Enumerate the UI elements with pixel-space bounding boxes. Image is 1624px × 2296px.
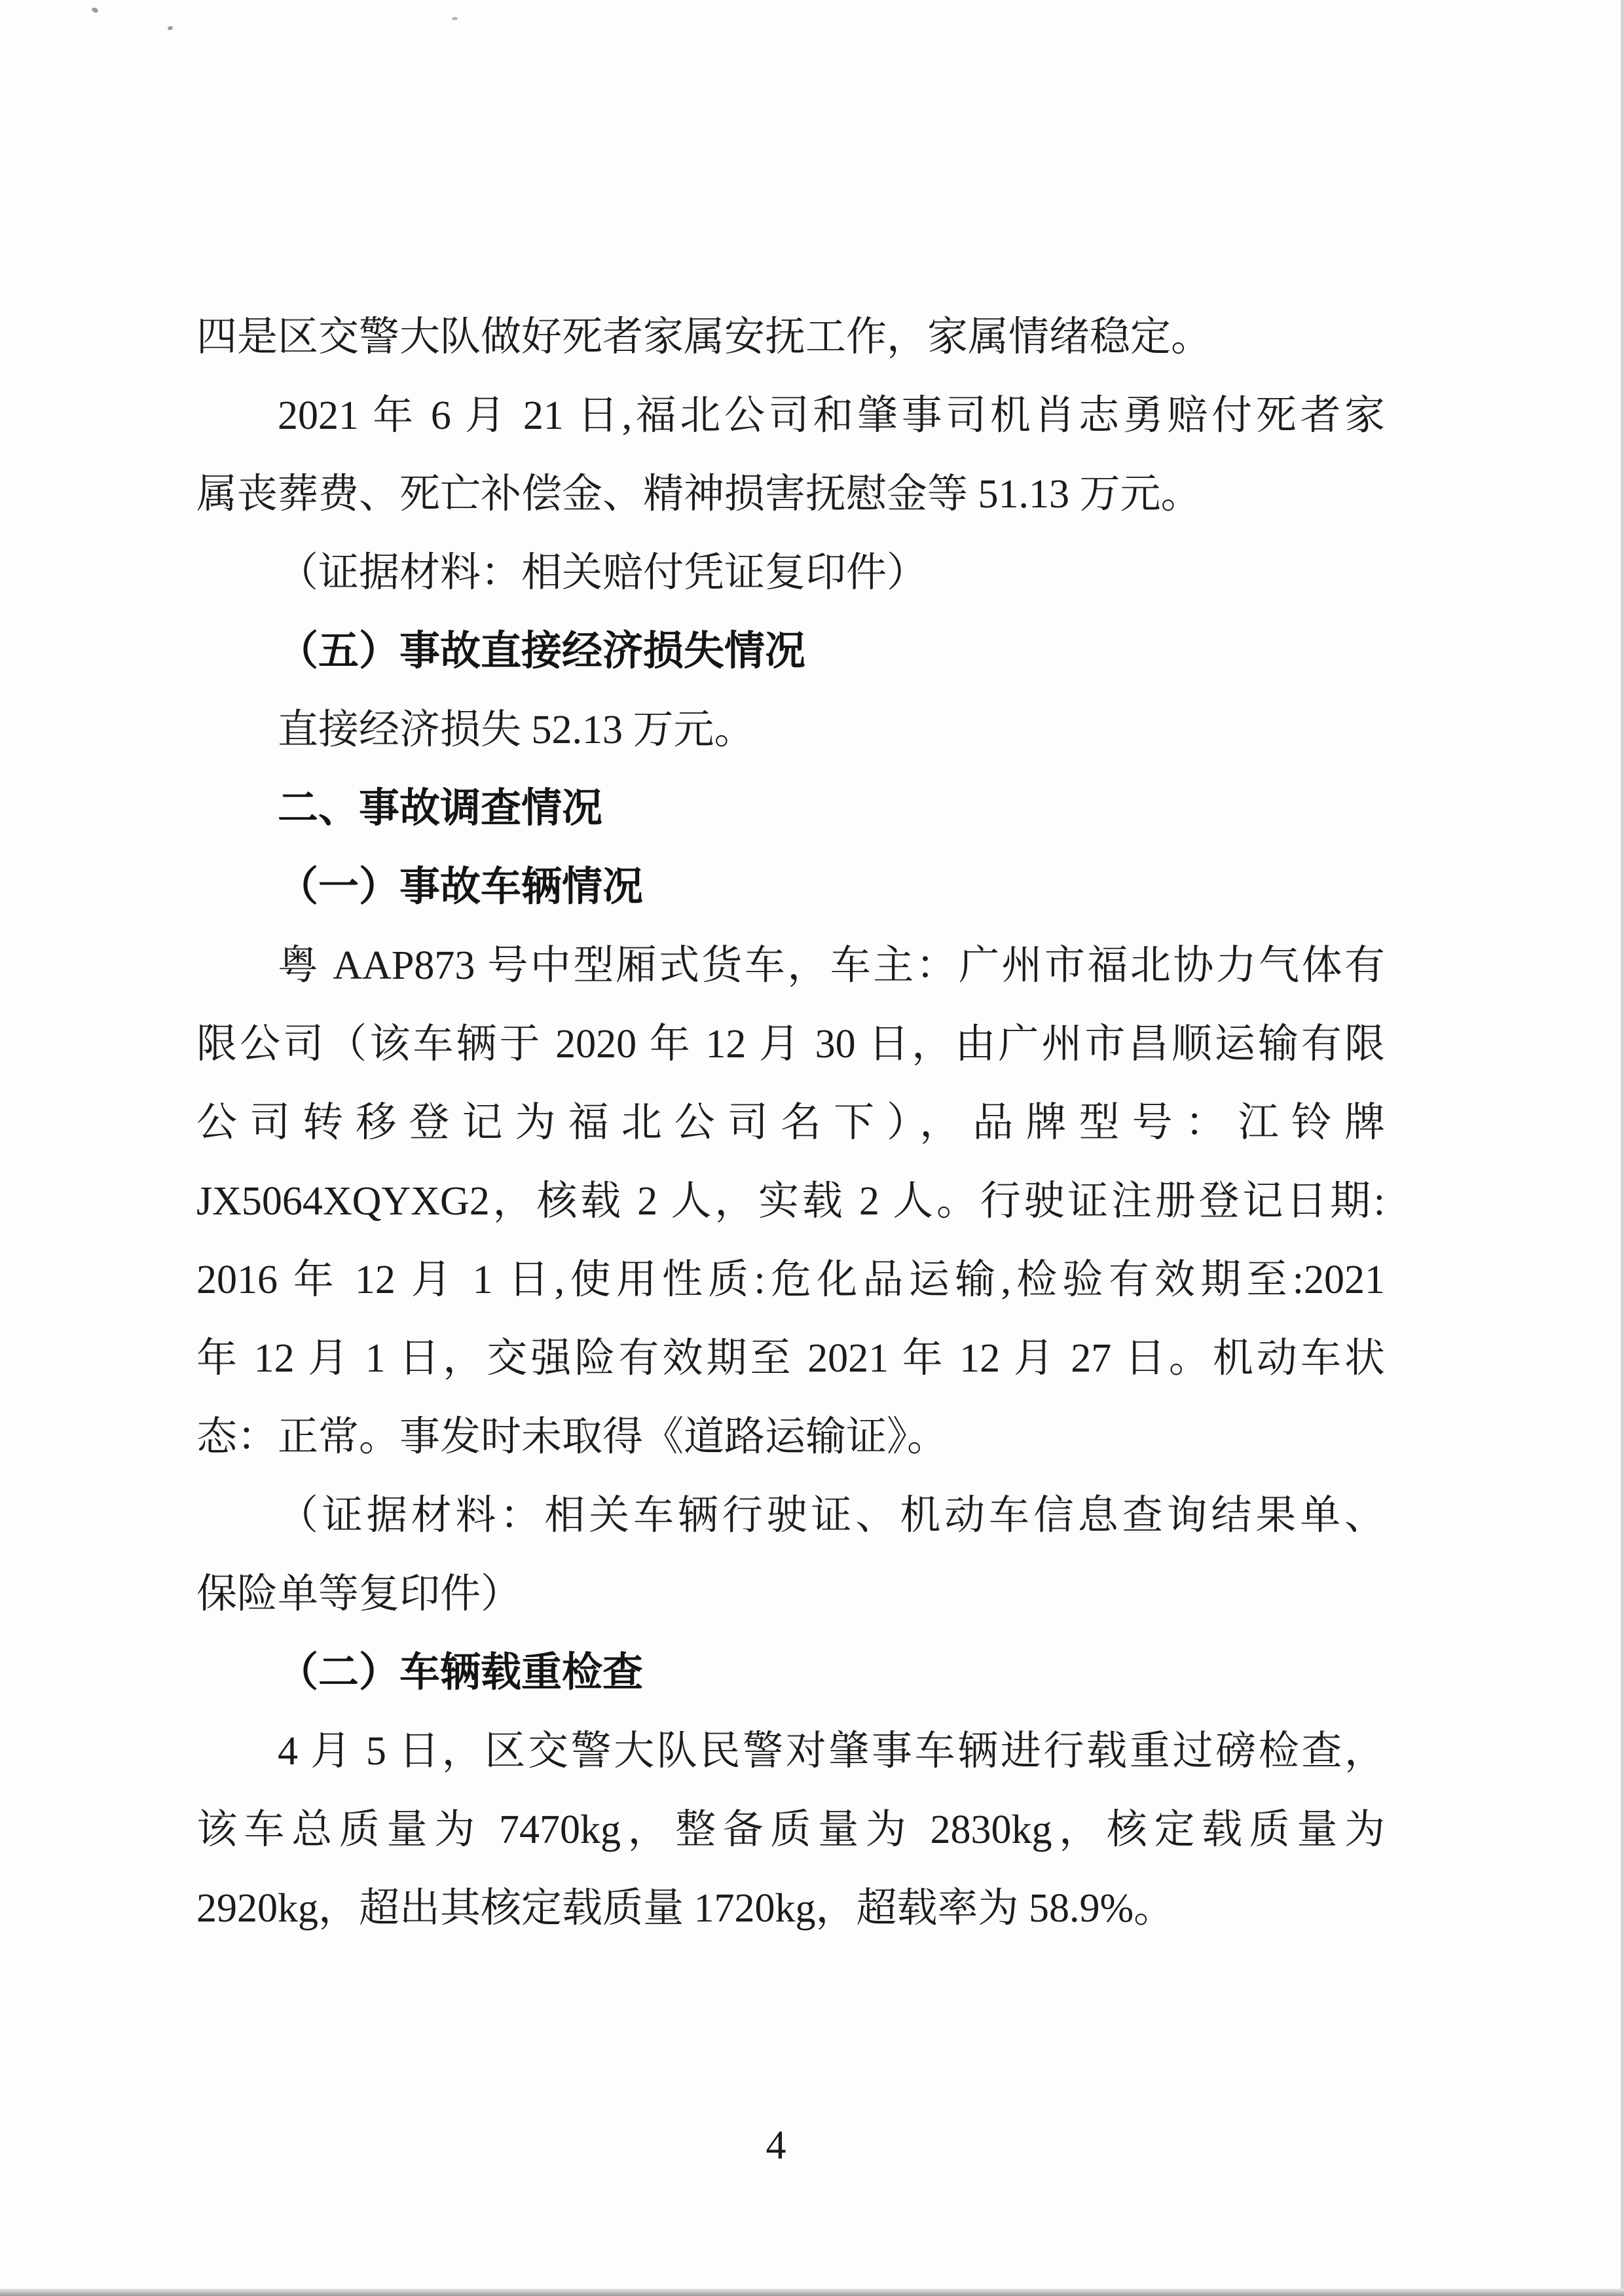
text-line: 粤 AAP873 号中型厢式货车，车主：广州市福北协力气体有 xyxy=(196,926,1385,1005)
text-line: 保险单等复印件） xyxy=(196,1555,1385,1633)
text-line: 直接经济损失 52.13 万元。 xyxy=(196,691,1385,769)
text-line: 属丧葬费、死亡补偿金、精神损害抚慰金等 51.13 万元。 xyxy=(196,455,1385,534)
scan-speck xyxy=(167,26,173,31)
scan-edge-right xyxy=(1621,0,1624,2296)
text-line: 四是区交警大队做好死者家属安抚工作，家属情绪稳定。 xyxy=(196,298,1385,376)
text-line: JX5064XQYXG2，核载 2 人，实载 2 人。行驶证注册登记日期: xyxy=(196,1162,1385,1241)
scan-speck xyxy=(91,7,99,13)
text-line: 4 月 5 日，区交警大队民警对肇事车辆进行载重过磅检查， xyxy=(196,1712,1385,1791)
document-body: 四是区交警大队做好死者家属安抚工作，家属情绪稳定。2021 年 6 月 21 日… xyxy=(196,298,1385,1948)
scan-edge-bottom xyxy=(0,2289,1624,2296)
text-line: 态：正常。事发时未取得《道路运输证》。 xyxy=(196,1398,1385,1476)
text-line: 公司转移登记为福北公司名下），品牌型号：江铃牌 xyxy=(196,1084,1385,1162)
document-page: 四是区交警大队做好死者家属安抚工作，家属情绪稳定。2021 年 6 月 21 日… xyxy=(0,0,1624,2296)
scan-speck xyxy=(452,17,458,20)
heading-line: （五）事故直接经济损失情况 xyxy=(196,612,1385,691)
text-line: 2920kg，超出其核定载质量 1720kg，超载率为 58.9%。 xyxy=(196,1869,1385,1948)
heading-line: （二）车辆载重检查 xyxy=(196,1633,1385,1712)
text-line: （证据材料：相关赔付凭证复印件） xyxy=(196,534,1385,612)
heading-line: （一）事故车辆情况 xyxy=(196,848,1385,926)
text-line: （证据材料：相关车辆行驶证、机动车信息查询结果单、 xyxy=(196,1476,1385,1555)
text-line: 该车总质量为 7470kg，整备质量为 2830kg，核定载质量为 xyxy=(196,1791,1385,1869)
page-number: 4 xyxy=(0,2116,1552,2175)
text-line: 2016 年 12 月 1 日,使用性质:危化品运输,检验有效期至:2021 xyxy=(196,1241,1385,1319)
heading-line: 二、事故调查情况 xyxy=(196,769,1385,848)
text-line: 2021 年 6 月 21 日,福北公司和肇事司机肖志勇赔付死者家 xyxy=(196,376,1385,455)
text-line: 限公司（该车辆于 2020 年 12 月 30 日，由广州市昌顺运输有限 xyxy=(196,1005,1385,1084)
text-line: 年 12 月 1 日，交强险有效期至 2021 年 12 月 27 日。机动车状 xyxy=(196,1319,1385,1398)
